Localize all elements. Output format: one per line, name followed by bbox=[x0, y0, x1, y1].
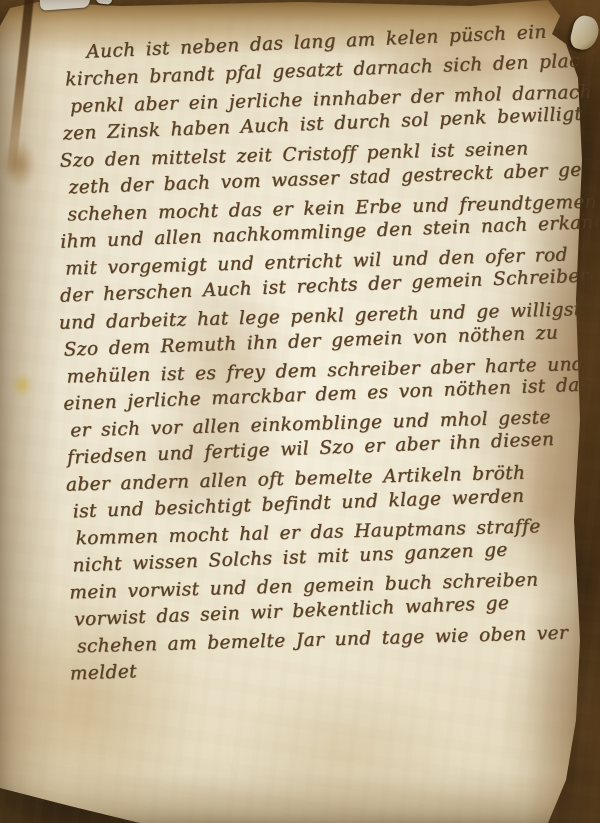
manuscript-photo: Auch ist neben das lang am kelen püsch e… bbox=[0, 0, 600, 823]
gutter-crease-stain bbox=[2, 140, 36, 188]
yellow-stain-spot bbox=[12, 372, 32, 398]
handwritten-text-block: Auch ist neben das lang am kelen püsch e… bbox=[48, 24, 580, 688]
paper-scrap bbox=[96, 0, 113, 5]
curled-corner bbox=[568, 13, 600, 52]
